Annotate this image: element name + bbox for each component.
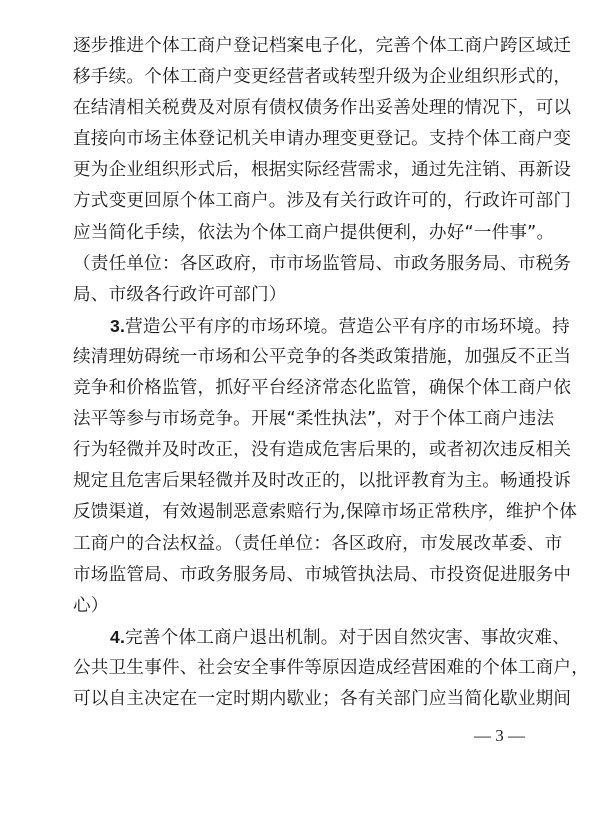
section-3-first-line: 营造公平有序的市场环境。营造公平有序的市场环境。持	[125, 317, 570, 337]
body-text: 逐步推进个体工商户登记档案电子化，完善个体工商户跨区域迁 移手续。个体工商户变更…	[73, 31, 543, 715]
text-line: 心）	[73, 591, 543, 622]
text-line: 规定且危害后果轻微并及时改正的，以批评教育为主。畅通投诉	[73, 466, 543, 497]
text-line: 局、市级各行政许可部门）	[73, 280, 543, 311]
document-page: 逐步推进个体工商户登记档案电子化，完善个体工商户跨区域迁 移手续。个体工商户变更…	[0, 0, 613, 818]
section-3-heading-line: 3.营造公平有序的市场环境。营造公平有序的市场环境。持	[73, 311, 543, 342]
text-line: 方式变更回原个体工商户。涉及有关行政许可的，行政许可部门	[73, 186, 543, 217]
text-line: 工商户的合法权益。（责任单位：各区政府，市发展改革委、市	[73, 529, 543, 560]
text-line: 移手续。个体工商户变更经营者或转型升级为企业组织形式的，	[73, 62, 543, 93]
text-line: 法平等参与市场竞争。开展“柔性执法”，对于个体工商户违法	[73, 404, 543, 435]
text-line: 在结清相关税费及对原有债权债务作出妥善处理的情况下，可以	[73, 93, 543, 124]
text-line: （责任单位：各区政府，市市场监管局、市政务服务局、市税务	[73, 249, 543, 280]
text-line: 逐步推进个体工商户登记档案电子化，完善个体工商户跨区域迁	[73, 31, 543, 62]
text-line: 续清理妨碍统一市场和公平竞争的各类政策措施，加强反不正当	[73, 342, 543, 373]
text-line: 竞争和价格监管，抓好平台经济常态化监管，确保个体工商户依	[73, 373, 543, 404]
text-line: 直接向市场主体登记机关申请办理变更登记。支持个体工商户变	[73, 124, 543, 155]
page-number: — 3 —	[474, 726, 525, 746]
text-line: 应当简化手续，依法为个体工商户提供便利，办好“一件事”。	[73, 218, 543, 249]
text-line: 反馈渠道，有效遏制恶意索赔行为,保障市场正常秩序，维护个体	[73, 497, 543, 528]
section-3-number: 3.	[110, 316, 125, 336]
text-line: 公共卫生事件、社会安全事件等原因造成经营困难的个体工商户，	[73, 653, 543, 684]
text-line: 更为企业组织形式后，根据实际经营需求，通过先注销、再新设	[73, 155, 543, 186]
text-line: 可以自主决定在一定时期内歇业；各有关部门应当简化歇业期间	[73, 684, 543, 715]
text-line: 市场监管局、市政务服务局、市城管执法局、市投资促进服务中	[73, 560, 543, 591]
text-line: 行为轻微并及时改正，没有造成危害后果的，或者初次违反相关	[73, 435, 543, 466]
section-4-first-line: 完善个体工商户退出机制。对于因自然灾害、事故灾难、	[125, 628, 570, 648]
section-4-number: 4.	[110, 627, 125, 647]
section-4-heading-line: 4.完善个体工商户退出机制。对于因自然灾害、事故灾难、	[73, 622, 543, 653]
